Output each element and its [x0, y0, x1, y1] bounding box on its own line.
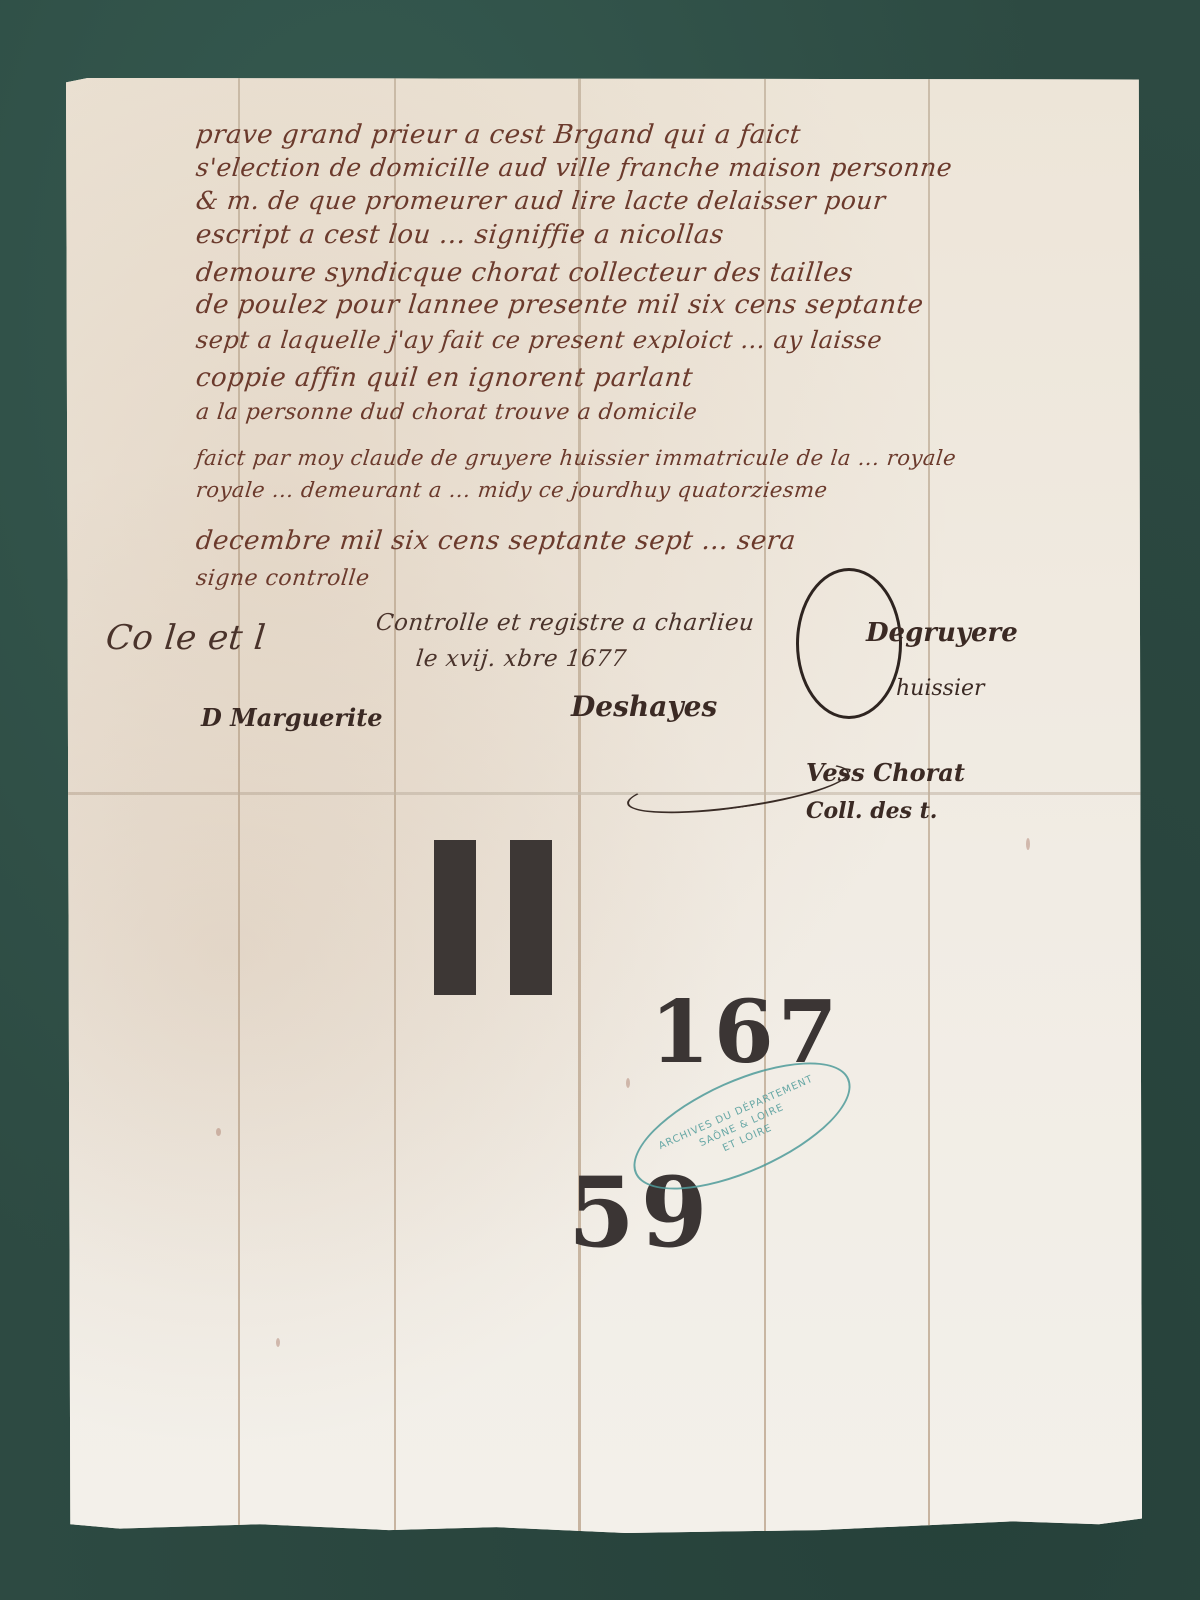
ink-stain — [1026, 838, 1030, 850]
manuscript-line: & m. de que promeurer aud lire lacte del… — [194, 186, 887, 215]
manuscript-line: prave grand prieur a cest Brgand qui a f… — [194, 120, 802, 150]
manuscript-line: faict par moy claude de gruyere huissier… — [195, 446, 958, 470]
registry-date: le xvij. xbre 1677 — [415, 646, 628, 672]
registry-note: Controlle et registre a charlieu — [375, 610, 756, 636]
signature-degruyere: Degruyere — [866, 618, 1018, 648]
signature-chorat-title: Coll. des t. — [806, 798, 937, 824]
manuscript-line: decembre mil six cens septante sept ... … — [194, 526, 797, 556]
manuscript-page: prave grand prieur a cest Brgand qui a f… — [66, 78, 1142, 1533]
manuscript-line: de poulez pour lannee presente mil six c… — [194, 290, 925, 320]
ink-stain — [216, 1128, 221, 1136]
fold-line-horizontal — [66, 792, 1142, 795]
manuscript-line: signe controlle — [195, 566, 371, 591]
manuscript-line: escript a cest lou ... signiffie a nicol… — [194, 220, 725, 250]
signature-deshayes: Deshayes — [571, 690, 717, 723]
manuscript-line: coppie affin quil en ignorent parlant — [194, 363, 694, 393]
manuscript-line: royale ... demeurant a ... midy ce jourd… — [195, 478, 829, 502]
manuscript-line: sept a laquelle j'ay fait ce present exp… — [195, 326, 884, 354]
ink-stain — [276, 1338, 280, 1347]
stencil-bar — [434, 840, 476, 995]
manuscript-line: a la personne dud chorat trouve a domici… — [195, 400, 699, 425]
manuscript-line: s'election de domicille aud ville franch… — [194, 153, 953, 182]
ink-stain — [626, 1078, 630, 1088]
manuscript-line: demoure syndicque chorat collecteur des … — [194, 258, 854, 288]
signature-left: D Marguerite — [201, 703, 383, 732]
stencil-bar — [510, 840, 552, 995]
signature-title: huissier — [896, 676, 985, 701]
margin-note: Co le et l — [104, 618, 268, 658]
